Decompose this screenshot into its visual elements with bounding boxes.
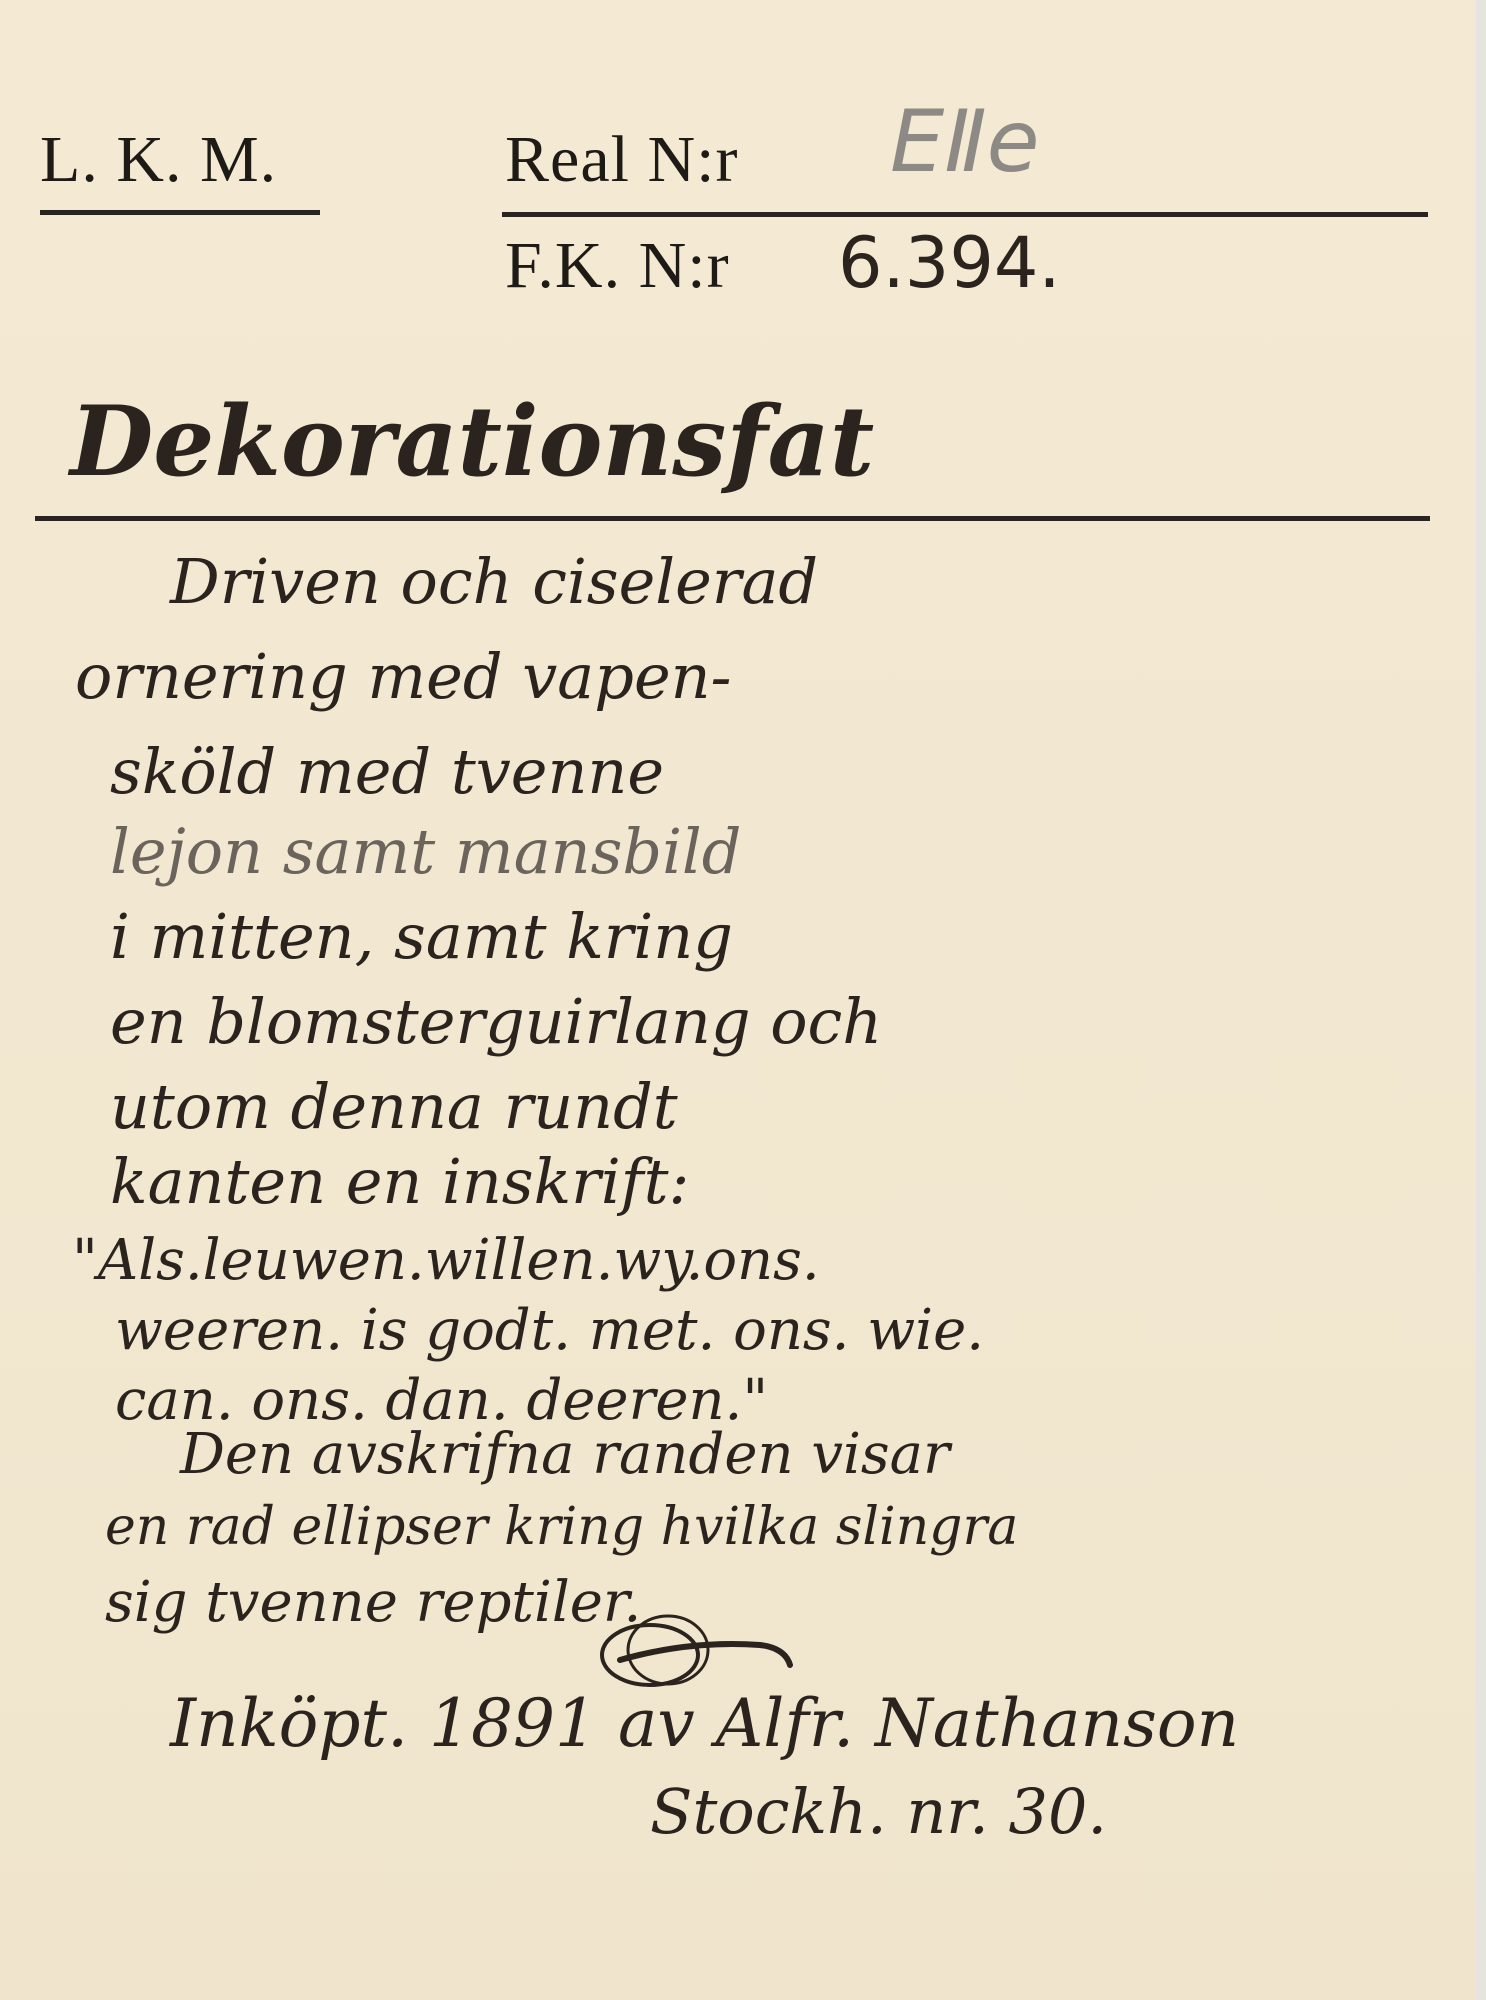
header-rule-left (40, 210, 320, 215)
description-line: en blomsterguirlang och (110, 985, 882, 1058)
title-rule (35, 516, 1430, 521)
provenance-line: Stockh. nr. 30. (650, 1775, 1107, 1848)
fk-nr-value: 6.394. (838, 222, 1061, 304)
description-line: i mitten, samt kring (110, 900, 733, 973)
fk-nr-label: F.K. N:r (505, 228, 730, 304)
real-nr-label: Real N:r (505, 122, 738, 198)
note-line: Den avskrifna randen visar (180, 1422, 950, 1487)
institution-abbrev: L. K. M. (40, 122, 277, 198)
description-line: lejon samt mansbild (110, 815, 741, 888)
real-nr-value: EⅡe (890, 92, 1040, 192)
note-line: en rad ellipser kring hvilka slingra (105, 1497, 1018, 1557)
scan-edge (1476, 0, 1486, 2000)
description-line: utom denna rundt (110, 1070, 678, 1143)
description-line: ornering med vapen- (75, 640, 732, 713)
description-line: sköld med tvenne (110, 735, 664, 808)
description-line: kanten en inskrift: (110, 1145, 689, 1218)
description-line: Driven och ciselerad (170, 545, 818, 618)
inscription-line: "Als.leuwen.willen.wy.ons. (72, 1228, 820, 1293)
object-title: Dekorationsfat (70, 385, 874, 498)
header-rule-right (502, 212, 1428, 217)
provenance-line: Inköpt. 1891 av Alfr. Nathanson (170, 1685, 1239, 1762)
inscription-line: weeren. is godt. met. ons. wie. (115, 1298, 984, 1363)
note-line: sig tvenne reptiler. (105, 1570, 641, 1635)
